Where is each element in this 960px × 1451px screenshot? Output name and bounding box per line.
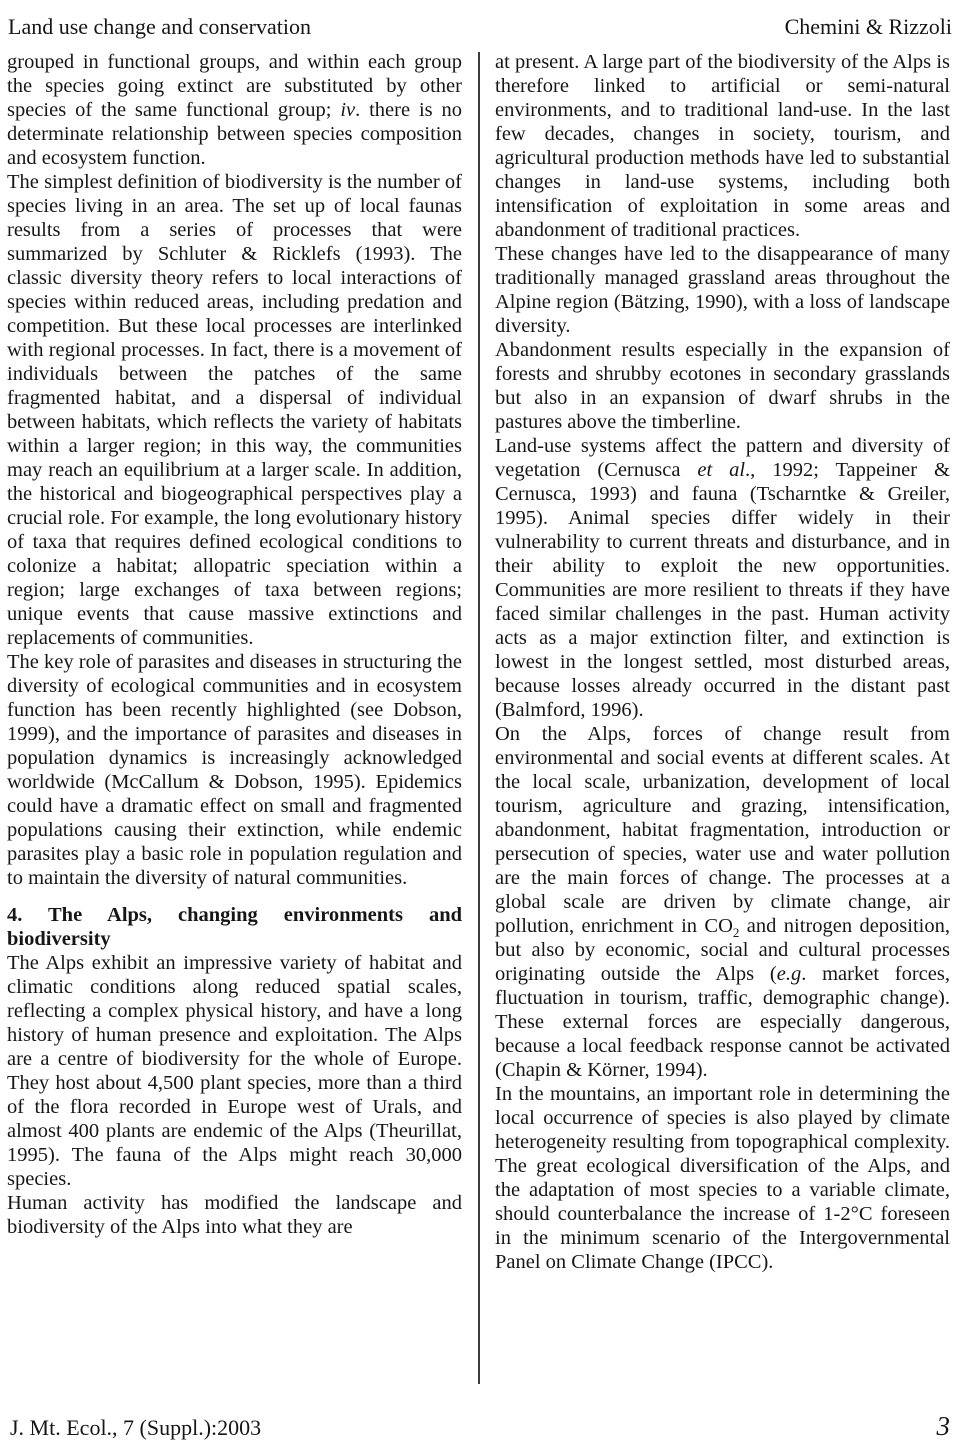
- section-heading: 4. The Alps, changing environments and b…: [7, 903, 462, 951]
- journal-citation: J. Mt. Ecol., 7 (Suppl.):2003: [10, 1414, 261, 1442]
- text-segment: These changes have led to the disappeara…: [495, 243, 950, 337]
- two-column-body: grouped in functional groups, and within…: [7, 50, 953, 1392]
- text-segment: The key role of parasites and diseases i…: [7, 651, 462, 889]
- text-segment: 4. The Alps, changing environments and b…: [7, 904, 462, 950]
- column-divider-rule: [478, 52, 480, 1384]
- text-segment: In the mountains, an important role in d…: [495, 1083, 950, 1273]
- paragraph: at present. A large part of the biodiver…: [495, 50, 950, 242]
- paragraph: Abandonment results especially in the ex…: [495, 338, 950, 434]
- paragraph: In the mountains, an important role in d…: [495, 1082, 950, 1274]
- paragraph: grouped in functional groups, and within…: [7, 50, 462, 170]
- text-segment: On the Alps, forces of change result fro…: [495, 723, 950, 937]
- running-header-authors: Chemini & Rizzoli: [785, 14, 952, 40]
- page-number: 3: [937, 1412, 951, 1440]
- text-segment: at present. A large part of the biodiver…: [495, 51, 950, 241]
- text-segment: e.g: [777, 963, 801, 985]
- paragraph: On the Alps, forces of change result fro…: [495, 722, 950, 1082]
- page-footer: J. Mt. Ecol., 7 (Suppl.):2003 3: [7, 1412, 953, 1442]
- text-segment: Abandonment results especially in the ex…: [495, 339, 950, 433]
- paragraph: The key role of parasites and diseases i…: [7, 650, 462, 890]
- paragraph: The simplest definition of biodiversity …: [7, 170, 462, 650]
- left-column: grouped in functional groups, and within…: [7, 50, 462, 1392]
- paper-page: Land use change and conservation Chemini…: [0, 0, 960, 1451]
- text-segment: ., 1992; Tappeiner & Cernusca, 1993) and…: [495, 459, 950, 721]
- text-segment: iv: [340, 99, 355, 121]
- paragraph: The Alps exhibit an impressive variety o…: [7, 951, 462, 1191]
- text-segment: The simplest definition of biodiversity …: [7, 171, 462, 649]
- running-header: Land use change and conservation Chemini…: [7, 14, 953, 40]
- running-header-title: Land use change and conservation: [8, 14, 311, 40]
- text-segment: et al: [697, 459, 745, 481]
- text-segment: The Alps exhibit an impressive variety o…: [7, 952, 462, 1190]
- text-segment: Human activity has modified the landscap…: [7, 1192, 462, 1238]
- paragraph: These changes have led to the disappeara…: [495, 242, 950, 338]
- paragraph: Human activity has modified the landscap…: [7, 1191, 462, 1239]
- right-column: at present. A large part of the biodiver…: [495, 50, 950, 1392]
- paragraph: Land-use systems affect the pattern and …: [495, 434, 950, 722]
